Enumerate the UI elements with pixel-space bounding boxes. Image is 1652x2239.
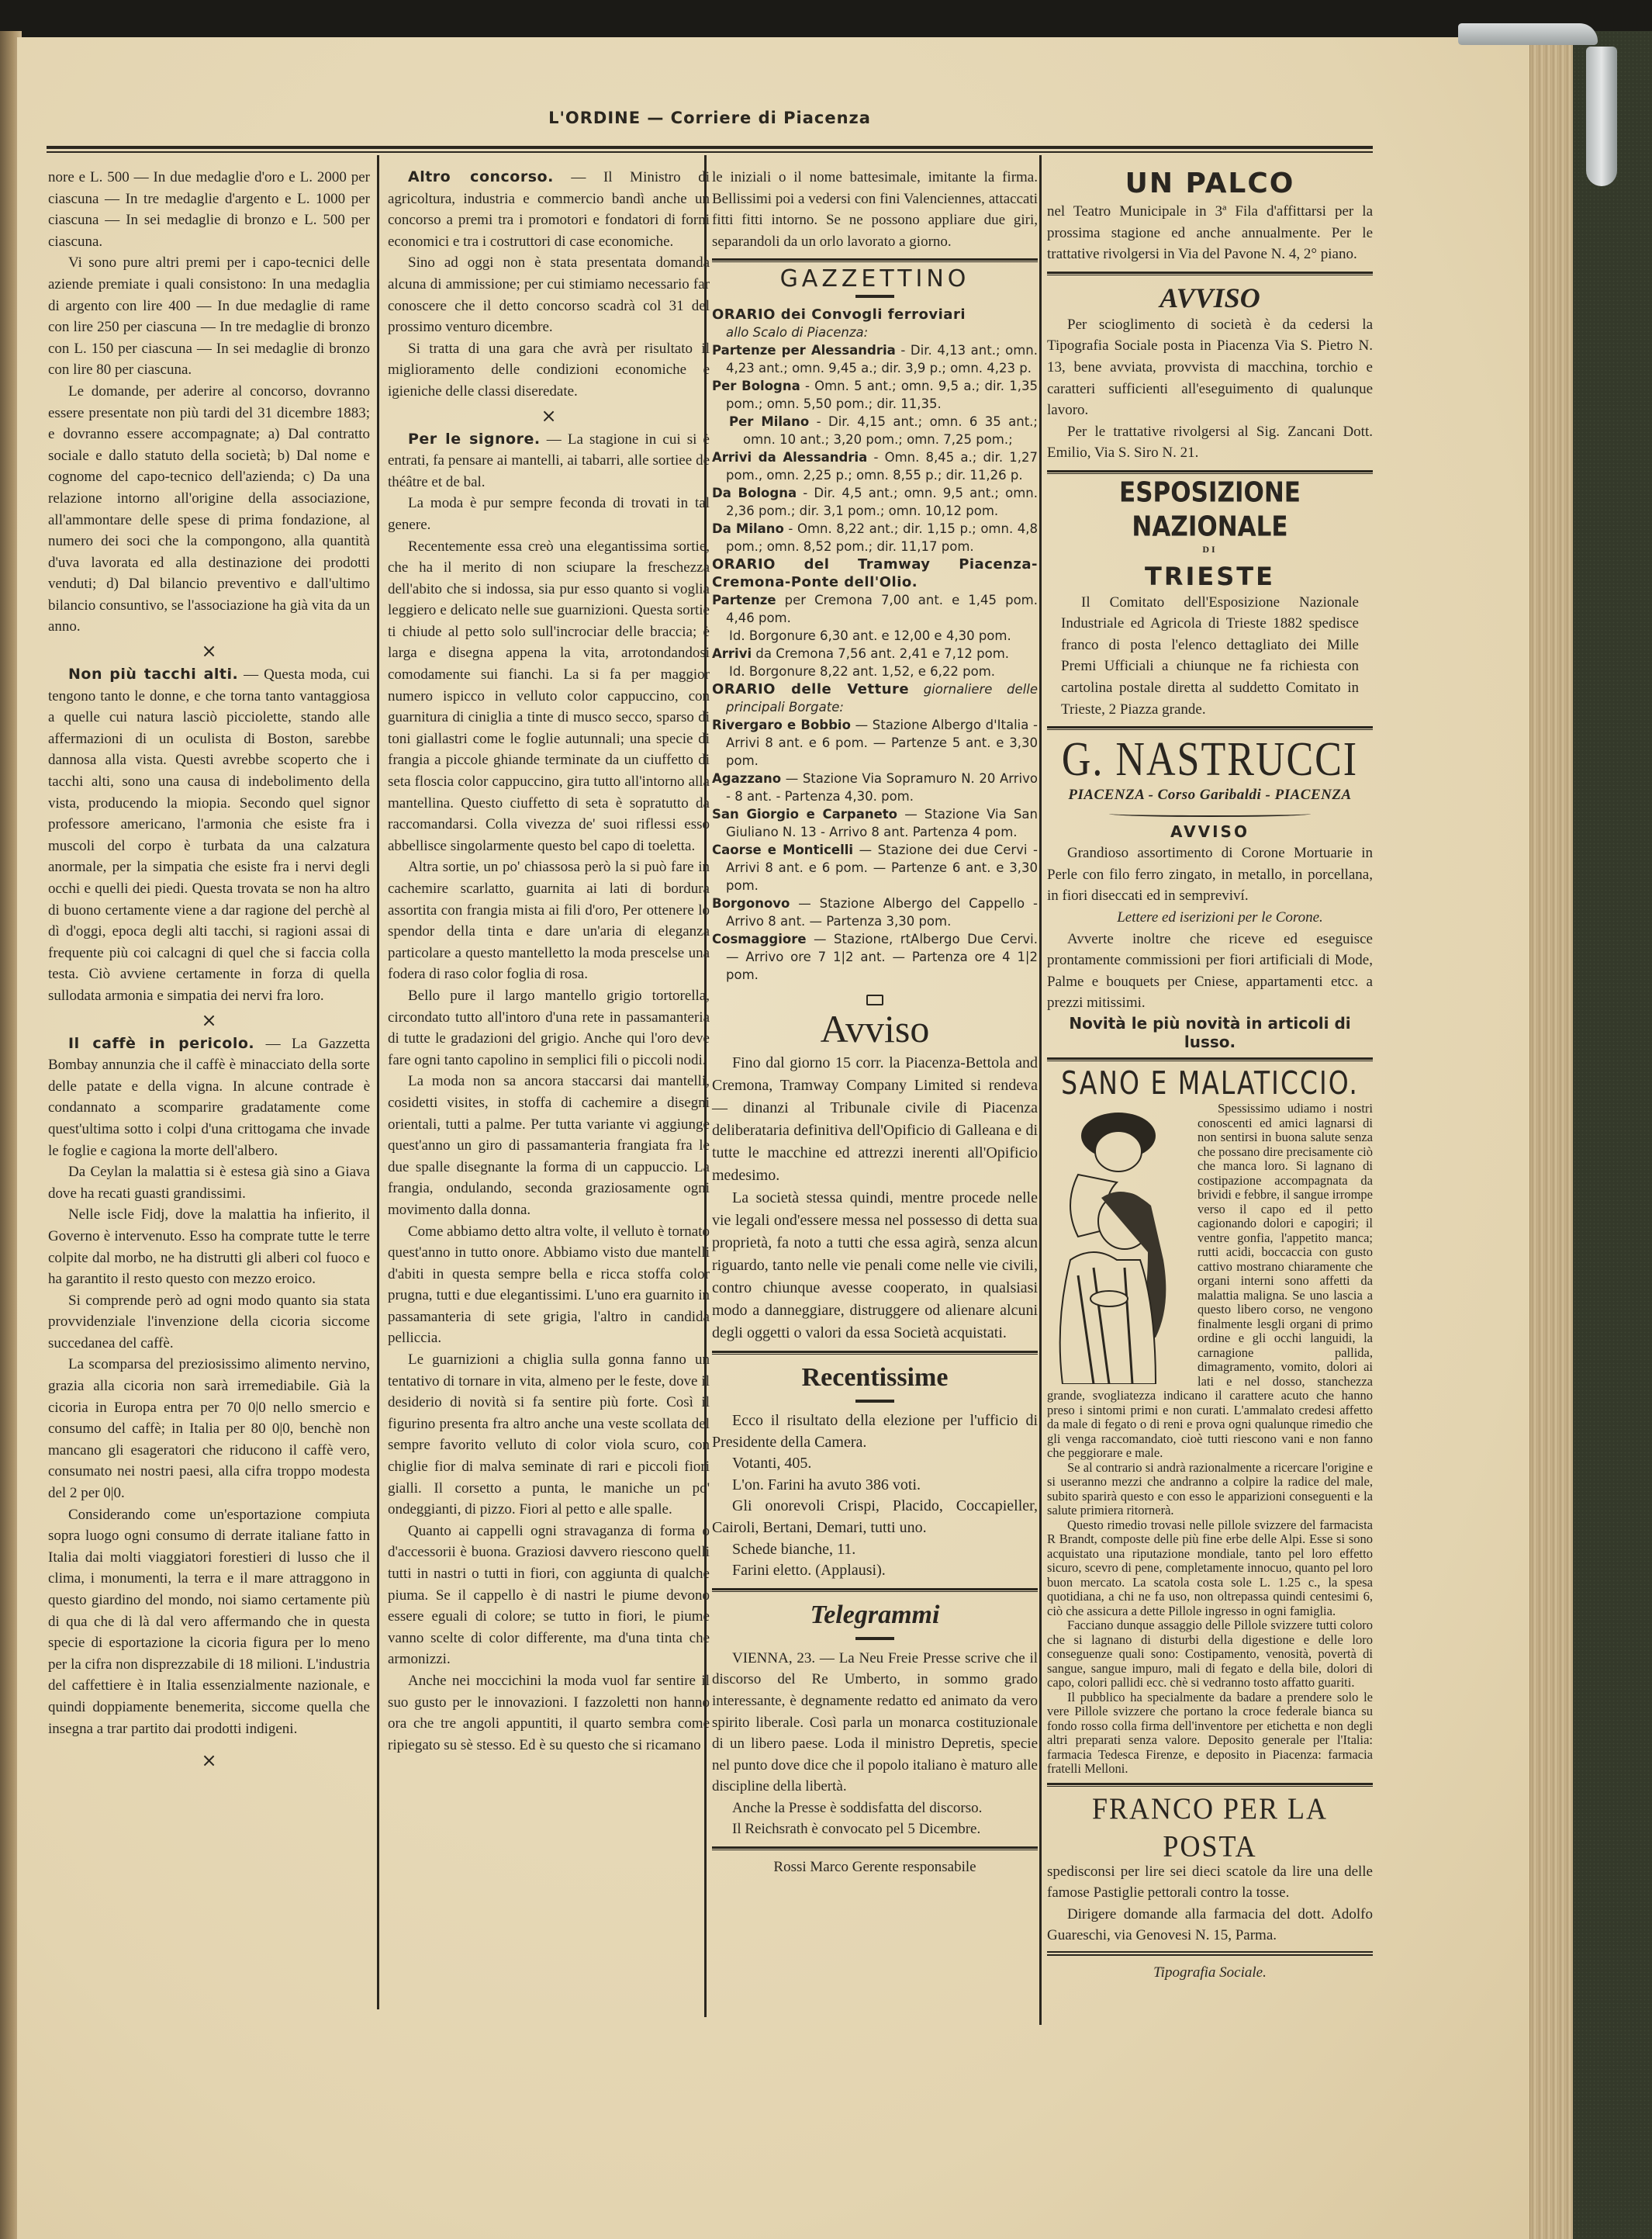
timetable-line: Agazzano — Stazione Via Sopramuro N. 20 … — [712, 770, 1038, 805]
timetable-line: Caorse e Monticelli — Stazione dei due C… — [712, 841, 1038, 895]
article-headline: Altro concorso. — [408, 168, 554, 185]
ad-rule — [1047, 470, 1373, 474]
paragraph: Il Reichsrath è convocato pel 5 Dicembre… — [712, 1819, 1038, 1840]
paragraph: Il pubblico ha specialmente da badare a … — [1047, 1690, 1373, 1777]
paragraph: Vi sono pure altri premi per i capo-tecn… — [48, 252, 370, 381]
separator-cross: × — [48, 638, 370, 664]
paragraph: Ecco il risultato della elezione per l'u… — [712, 1410, 1038, 1453]
ad-esposizione-title: ESPOSIZIONE NAZIONALE — [1047, 476, 1373, 543]
timetable-title: ORARIO delle Vetture — [712, 681, 909, 697]
masthead: L'ORDINE — Corriere di Piacenza — [47, 109, 1373, 127]
article-headline: Il caffè in pericolo. — [68, 1035, 254, 1052]
timetable-line: San Giorgio e Carpaneto — Stazione Via S… — [712, 805, 1038, 841]
gerente-responsabile: Rossi Marco Gerente responsabile — [712, 1857, 1038, 1878]
ad-nastrucci-title: G. NASTRUCCI — [1047, 732, 1373, 789]
timetable-tramway: ORARIO del Tramway Piacenza-Cremona-Pont… — [712, 555, 1038, 680]
article-non-piu-tacchi-alti: Non più tacchi alti. — Questa moda, cui … — [48, 664, 370, 1007]
ad-sano-e-malaticcio-body: Spessissimo udiamo i nostri conoscenti e… — [1047, 1102, 1373, 1777]
paragraph: Facciano dunque assaggio delle Pillole s… — [1047, 1618, 1373, 1690]
column-divider — [377, 155, 379, 2009]
paragraph: Le guarnizioni a chiglia sulla gonna fan… — [388, 1349, 710, 1521]
timetable-line: Borgonovo — Stazione Albergo del Cappell… — [712, 895, 1038, 930]
paragraph: Gli onorevoli Crispi, Placido, Coccapiel… — [712, 1496, 1038, 1538]
timetable-line: Da Milano - Omn. 8,22 ant.; dir. 1,15 p.… — [712, 520, 1038, 555]
paragraph: Considerando come un'esportazione compiu… — [48, 1504, 370, 1740]
recentissime-title: Recentissime — [712, 1361, 1038, 1395]
paragraph: Per le trattative rivolgersi al Sig. Zan… — [1047, 421, 1373, 464]
timetable-title: ORARIO del Tramway Piacenza-Cremona-Pont… — [712, 555, 1038, 591]
paragraph: La società stessa quindi, mentre procede… — [712, 1187, 1038, 1344]
paragraph: Fino dal giorno 15 corr. la Piacenza-Bet… — [712, 1052, 1038, 1187]
paragraph: spedisconsi per lire sei dieci scatole d… — [1047, 1861, 1373, 1904]
paragraph: Si comprende però ad ogni modo quanto si… — [48, 1290, 370, 1355]
ad-rule — [1047, 726, 1373, 730]
timetable-subtitle: allo Scalo di Piacenza: — [712, 324, 1038, 341]
paragraph: Anche nei moccichini la moda vuol far se… — [388, 1670, 710, 1756]
metal-corner-clip — [1458, 23, 1598, 45]
paragraph: Recentemente essa creò una elegantissima… — [388, 536, 710, 857]
gazzettino-title: GAZZETTINO — [712, 268, 1038, 290]
article-altro-concorso: Altro concorso. — Il Ministro di agricol… — [388, 167, 710, 252]
paragraph: Da Ceylan la malattia si è estesa già si… — [48, 1161, 370, 1204]
ad-sano-e-malaticcio-title: SANO E MALATICCIO. — [1047, 1064, 1373, 1102]
paragraph: Grandioso assortimento di Corone Mortuar… — [1047, 843, 1373, 907]
paragraph: Bello pure il largo mantello grigio tort… — [388, 985, 710, 1071]
ad-nastrucci-novita: Novità le più novità in articoli di luss… — [1047, 1014, 1373, 1051]
paragraph: Farini eletto. (Applausi). — [712, 1560, 1038, 1582]
avviso-title: Avviso — [712, 1005, 1038, 1052]
paragraph: Sino ad oggi non è stata presentata doma… — [388, 252, 710, 337]
paragraph: Altra sortie, un po' chiassosa però la s… — [388, 856, 710, 985]
paragraph: Quanto ai cappelli ogni stravaganza di f… — [388, 1521, 710, 1670]
paragraph: La scomparsa del preziosissimo alimento … — [48, 1354, 370, 1504]
separator-cross: × — [388, 403, 710, 429]
timetable-line: Arrivi da Cremona 7,56 ant. 2,41 e 7,12 … — [712, 645, 1038, 663]
ad-un-palco-title: UN PALCO — [1047, 167, 1373, 201]
timetable-coaches: ORARIO delle Vetture giornaliere delle p… — [712, 680, 1038, 984]
ornamental-swash — [1109, 811, 1311, 817]
section-rule — [712, 1846, 1038, 1850]
separator-cross: × — [48, 1007, 370, 1033]
article-headline: Non più tacchi alti. — [68, 666, 238, 683]
paragraph: L'on. Farini ha avuto 386 voti. — [712, 1475, 1038, 1497]
paragraph: Anche la Presse è soddisfatta del discor… — [712, 1798, 1038, 1819]
paragraph: Le domande, per aderire al concorso, dov… — [48, 381, 370, 638]
footer-rule — [1047, 1951, 1373, 1956]
timetable-line: Da Bologna - Dir. 4,5 ant.; omn. 9,5 ant… — [712, 484, 1038, 520]
timetable-line: Id. Borgonure 6,30 ant. e 12,00 e 4,30 p… — [712, 627, 1038, 645]
paragraph: Per scioglimento di società è da cedersi… — [1047, 314, 1373, 421]
article-per-le-signore: Per le signore. — La stagione in cui si … — [388, 429, 710, 493]
woman-and-child-illustration — [1047, 1105, 1191, 1384]
metal-side-clip — [1586, 47, 1617, 186]
paragraph: Avverte inoltre che riceve ed eseguisce … — [1047, 929, 1373, 1014]
paragraph: le iniziali o il nome battesimale, imita… — [712, 167, 1038, 252]
paragraph: Il Comitato dell'Esposizione Nazionale I… — [1047, 592, 1373, 721]
timetable-title: ORARIO dei Convogli ferroviari — [712, 306, 1038, 324]
section-rule — [712, 1351, 1038, 1355]
article-il-caffe-in-pericolo: Il caffè in pericolo. — La Gazzetta Bomb… — [48, 1033, 370, 1162]
paragraph: La moda non sa ancora staccarsi dai mant… — [388, 1071, 710, 1220]
title-dash — [855, 295, 894, 298]
telegrammi-title: Telegrammi — [712, 1598, 1038, 1632]
ad-rule — [1047, 1783, 1373, 1787]
paragraph: VIENNA, 23. — La Neu Freie Presse scrive… — [712, 1648, 1038, 1798]
separator-cross: × — [48, 1747, 370, 1774]
paragraph: Si tratta di una gara che avrà per risul… — [388, 338, 710, 403]
paragraph: Lettere ed iserizioni per le Corone. — [1047, 907, 1373, 929]
timetable-railway: ORARIO dei Convogli ferroviari allo Scal… — [712, 306, 1038, 555]
paragraph: nore e L. 500 — In due medaglie d'oro e … — [48, 167, 370, 252]
timetable-line: Partenze per Cremona 7,00 ant. e 1,45 po… — [712, 591, 1038, 627]
timetable-line: Per Bologna - Omn. 5 ant.; omn. 9,5 a.; … — [712, 377, 1038, 413]
timetable-line: Cosmaggiore — Stazione, rtAlbergo Due Ce… — [712, 930, 1038, 984]
column-2: Altro concorso. — Il Ministro di agricol… — [388, 167, 710, 1756]
book-binding — [1573, 31, 1652, 2239]
column-3: le iniziali o il nome battesimale, imita… — [712, 167, 1038, 1878]
ornament-icon — [866, 995, 883, 1005]
page-stack-edge — [1529, 37, 1573, 2239]
masthead-rule — [47, 146, 1373, 153]
paragraph: Nelle iscle Fidj, dove la malattia ha in… — [48, 1204, 370, 1289]
ad-esposizione-city: TRIESTE — [1047, 561, 1373, 592]
ad-avviso-title: AVVISO — [1047, 282, 1373, 314]
timetable-line: Id. Borgonure 8,22 ant. 1,52, e 6,22 pom… — [712, 663, 1038, 680]
column-divider — [1039, 155, 1042, 2025]
paragraph: Se al contrario si andrà razionalmente a… — [1047, 1461, 1373, 1518]
ad-rule — [1047, 272, 1373, 275]
ad-rule — [1047, 1057, 1373, 1061]
column-4-advertisements: UN PALCO nel Teatro Municipale in 3ª Fil… — [1047, 167, 1373, 1984]
title-dash — [855, 1400, 894, 1403]
paragraph: La moda è pur sempre feconda di trovati … — [388, 493, 710, 535]
paragraph: Dirigere domande alla farmacia del dott.… — [1047, 1904, 1373, 1947]
timetable-line: Per Milano - Dir. 4,15 ant.; omn. 6 35 a… — [712, 413, 1038, 448]
timetable-line: Rivergaro e Bobbio — Stazione Albergo d'… — [712, 716, 1038, 770]
ad-franco-per-la-posta-title: FRANCO PER LA POSTA — [1047, 1789, 1373, 1864]
ad-nastrucci-avviso: AVVISO — [1047, 822, 1373, 843]
section-rule — [712, 258, 1038, 262]
timetable-line: Partenze per Alessandria - Dir. 4,13 ant… — [712, 341, 1038, 377]
column-1: nore e L. 500 — In due medaglie d'oro e … — [48, 167, 370, 1774]
paragraph: Votanti, 405. — [712, 1453, 1038, 1475]
paragraph: Come abbiamo detto altra volte, il vellu… — [388, 1221, 710, 1350]
timetable-line: Arrivi da Alessandria - Omn. 8,45 a.; di… — [712, 448, 1038, 484]
title-dash — [855, 1637, 894, 1640]
article-headline: Per le signore. — [408, 431, 541, 448]
section-rule — [712, 1588, 1038, 1592]
ad-un-palco-body: nel Teatro Municipale in 3ª Fila d'affit… — [1047, 201, 1373, 265]
paragraph: Questo rimedio trovasi nelle pillole svi… — [1047, 1518, 1373, 1619]
paragraph: Schede bianche, 11. — [712, 1539, 1038, 1561]
printer-credit: Tipografia Sociale. — [1047, 1962, 1373, 1984]
